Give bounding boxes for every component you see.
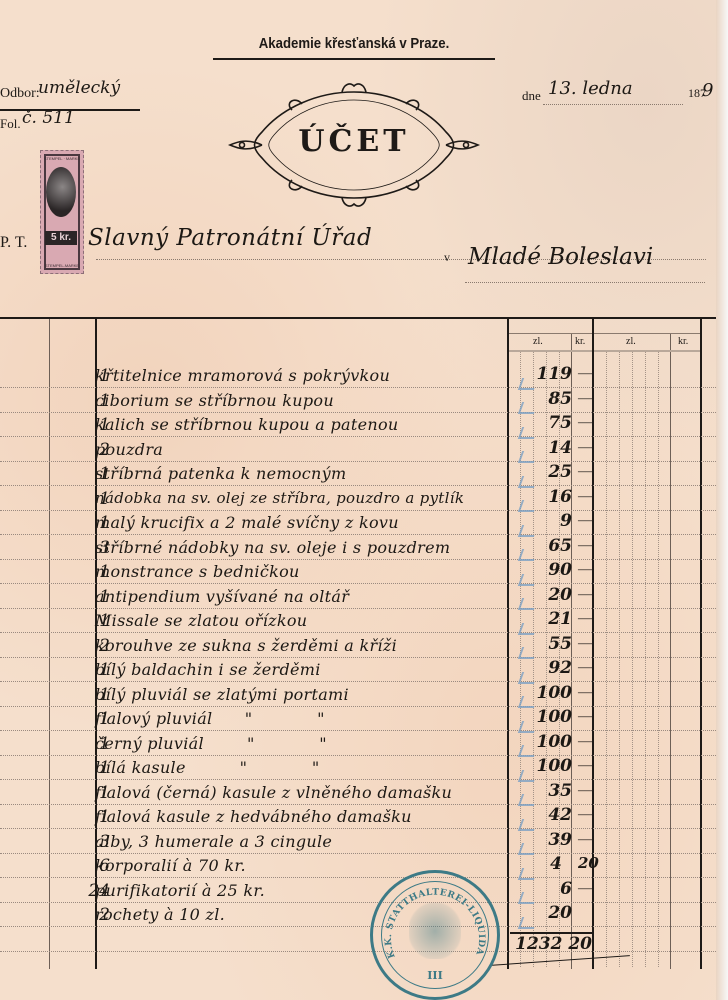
row-rule <box>0 706 716 707</box>
svg-text:K.K. STATTHALTEREI-LIQUIDATUR: K.K. STATTHALTEREI-LIQUIDATUR IN PRAG <box>373 873 486 959</box>
column-header-zl: zl. <box>533 336 543 347</box>
row-amount-zl: 21 <box>510 609 572 629</box>
year-handwritten: 9 <box>702 80 713 101</box>
row-description: fialová (černá) kasule z vlněného damašk… <box>95 783 452 802</box>
row-amount-zl: 92 <box>510 658 572 678</box>
row-description: ciborium se stříbrnou kupou <box>95 391 334 410</box>
row-amount-zl: 100 <box>510 732 572 752</box>
row-rule <box>0 510 716 511</box>
odbor-value: umělecký <box>38 78 120 98</box>
row-description: rochety à 10 zl. <box>95 905 225 924</box>
row-amount-kr: — <box>578 611 592 627</box>
grid-line <box>645 352 646 967</box>
official-seal: K.K. STATTHALTEREI-LIQUIDATUR IN PRAG II… <box>370 870 500 1000</box>
invoice-total: 1232 20 <box>512 934 592 954</box>
row-amount-zl: 65 <box>510 536 572 556</box>
row-description: monstrance s bedničkou <box>95 562 300 581</box>
row-rule <box>0 583 716 584</box>
row-amount-zl: 85 <box>510 389 572 409</box>
header-rule <box>509 350 592 352</box>
row-description: černý pluviál " " <box>95 734 327 753</box>
table-top-rule <box>0 317 716 319</box>
row-rule <box>0 461 716 462</box>
row-description: pouzdra <box>95 440 163 459</box>
row-rule <box>0 926 716 927</box>
revenue-stamp: STEMPEL · MARKE 5 kr. STEMPEL-MARKE <box>40 150 84 274</box>
grid-line <box>632 352 633 967</box>
date-label: dne <box>522 88 541 104</box>
stamp-bottom-text: STEMPEL-MARKE <box>41 263 83 268</box>
date-dotted-line <box>543 104 683 105</box>
column-header-zl-2: zl. <box>626 336 636 347</box>
seal-number: III <box>373 969 497 982</box>
row-amount-kr: — <box>578 734 592 750</box>
row-description: bílý pluviál se zlatými portami <box>95 685 349 704</box>
row-rule <box>0 559 716 560</box>
page-edge <box>716 0 728 1000</box>
odbor-label: Odbor: <box>0 86 40 102</box>
row-amount-kr: — <box>578 538 592 554</box>
row-amount-kr: — <box>578 366 592 382</box>
stamp-top-text: STEMPEL · MARKE <box>41 156 83 161</box>
row-amount-kr: — <box>578 440 592 456</box>
column-divider <box>49 319 50 969</box>
row-amount-kr: — <box>578 685 592 701</box>
row-rule <box>0 877 716 878</box>
row-description: stříbrné nádobky na sv. oleje i s pouzdr… <box>95 538 450 557</box>
row-amount-kr: 20 <box>578 854 592 872</box>
row-amount-zl: 100 <box>510 707 572 727</box>
row-rule <box>0 828 716 829</box>
row-rule <box>0 755 716 756</box>
row-description: Missale se zlatou ořízkou <box>95 611 307 630</box>
row-description: korporalií à 70 kr. <box>95 856 246 875</box>
grid-line <box>619 352 620 967</box>
row-description: kalich se stříbrnou kupou a patenou <box>95 415 399 434</box>
date-value: 13. ledna <box>548 78 633 99</box>
addressee-name: Slavný Patronátní Úřad <box>88 225 372 251</box>
column-header-kr-2: kr. <box>678 336 688 347</box>
city-prefix: v <box>444 250 450 265</box>
row-description: malý krucifix a 2 malé svíčny z kovu <box>95 513 399 532</box>
row-description: bílý baldachin i se žerděmi <box>95 660 321 679</box>
row-rule <box>0 436 716 437</box>
row-rule <box>0 534 716 535</box>
row-amount-kr: — <box>578 415 592 431</box>
row-amount-kr: — <box>578 391 592 407</box>
addressee-prefix: P. T. <box>0 234 27 252</box>
row-rule <box>0 730 716 731</box>
kr-divider <box>670 333 671 969</box>
column-header-kr: kr. <box>575 336 585 347</box>
row-amount-zl: 100 <box>510 756 572 776</box>
row-description: antipendium vyšívané na oltář <box>95 587 349 606</box>
row-amount-zl: 55 <box>510 634 572 654</box>
row-description: bílá kasule " " <box>95 758 320 777</box>
row-amount-zl: 20 <box>510 585 572 605</box>
stamp-value: 5 kr. <box>45 231 77 245</box>
grid-line <box>606 352 607 967</box>
row-amount-zl: 25 <box>510 462 572 482</box>
row-amount-kr: — <box>578 513 592 529</box>
row-rule <box>0 485 716 486</box>
header-rule <box>594 333 700 334</box>
row-amount-kr: — <box>578 832 592 848</box>
title-cartouche: ÚČET <box>222 80 486 210</box>
row-rule <box>0 951 716 952</box>
row-amount-kr: — <box>578 807 592 823</box>
row-amount-zl: 4 <box>500 854 562 874</box>
document-title: ÚČET <box>222 124 486 159</box>
row-rule <box>0 632 716 633</box>
row-rule <box>0 412 716 413</box>
row-amount-zl: 39 <box>510 830 572 850</box>
row-description: fialový pluviál " " <box>95 709 325 728</box>
institution-heading: Akademie křesťanská v Praze. <box>231 35 477 52</box>
row-rule <box>0 902 716 903</box>
city-dotted-line <box>465 282 705 283</box>
row-rule <box>0 387 716 388</box>
row-description: alby, 3 humerale a 3 cingule <box>95 832 332 851</box>
row-amount-zl: 14 <box>510 438 572 458</box>
column-divider <box>700 319 702 969</box>
row-amount-zl: 20 <box>510 903 572 923</box>
row-amount-kr: — <box>578 489 592 505</box>
row-amount-zl: 6 <box>510 879 572 899</box>
row-amount-zl: 35 <box>510 781 572 801</box>
row-amount-kr: — <box>578 660 592 676</box>
row-rule <box>0 779 716 780</box>
row-amount-kr: — <box>578 636 592 652</box>
row-amount-zl: 16 <box>510 487 572 507</box>
row-amount-zl: 119 <box>510 364 572 384</box>
row-amount-zl: 100 <box>510 683 572 703</box>
header-rule <box>509 333 592 334</box>
row-amount-kr: — <box>578 758 592 774</box>
row-description: stříbrná patenka k nemocným <box>95 464 346 483</box>
row-amount-zl: 9 <box>510 511 572 531</box>
row-amount-kr: — <box>578 881 592 897</box>
row-amount-kr: — <box>578 783 592 799</box>
folio-label: Fol. <box>0 116 21 132</box>
addressee-city: Mladé Boleslavi <box>468 244 653 270</box>
row-description: korouhve ze sukna s žerděmi a kříži <box>95 636 397 655</box>
grid-line <box>658 352 659 967</box>
row-rule <box>0 681 716 682</box>
row-amount-zl: 75 <box>510 413 572 433</box>
row-rule <box>0 657 716 658</box>
row-description: purifikatorií à 25 kr. <box>95 881 265 900</box>
row-description: fialová kasule z hedvábného damašku <box>95 807 412 826</box>
row-amount-kr: — <box>578 709 592 725</box>
folio-value: č. 511 <box>22 108 75 128</box>
row-description: nádobka na sv. olej ze stříbra, pouzdro … <box>95 489 464 507</box>
row-amount-kr: — <box>578 464 592 480</box>
heading-rule <box>213 58 495 60</box>
row-rule <box>0 804 716 805</box>
row-amount-kr: — <box>578 587 592 603</box>
emperor-portrait-icon <box>46 167 76 217</box>
row-rule <box>0 853 716 854</box>
row-amount-zl: 42 <box>510 805 572 825</box>
row-amount-zl: 90 <box>510 560 572 580</box>
row-rule <box>0 608 716 609</box>
row-amount-kr: — <box>578 562 592 578</box>
header-rule <box>594 350 700 352</box>
row-description: křtitelnice mramorová s pokrývkou <box>95 366 390 385</box>
